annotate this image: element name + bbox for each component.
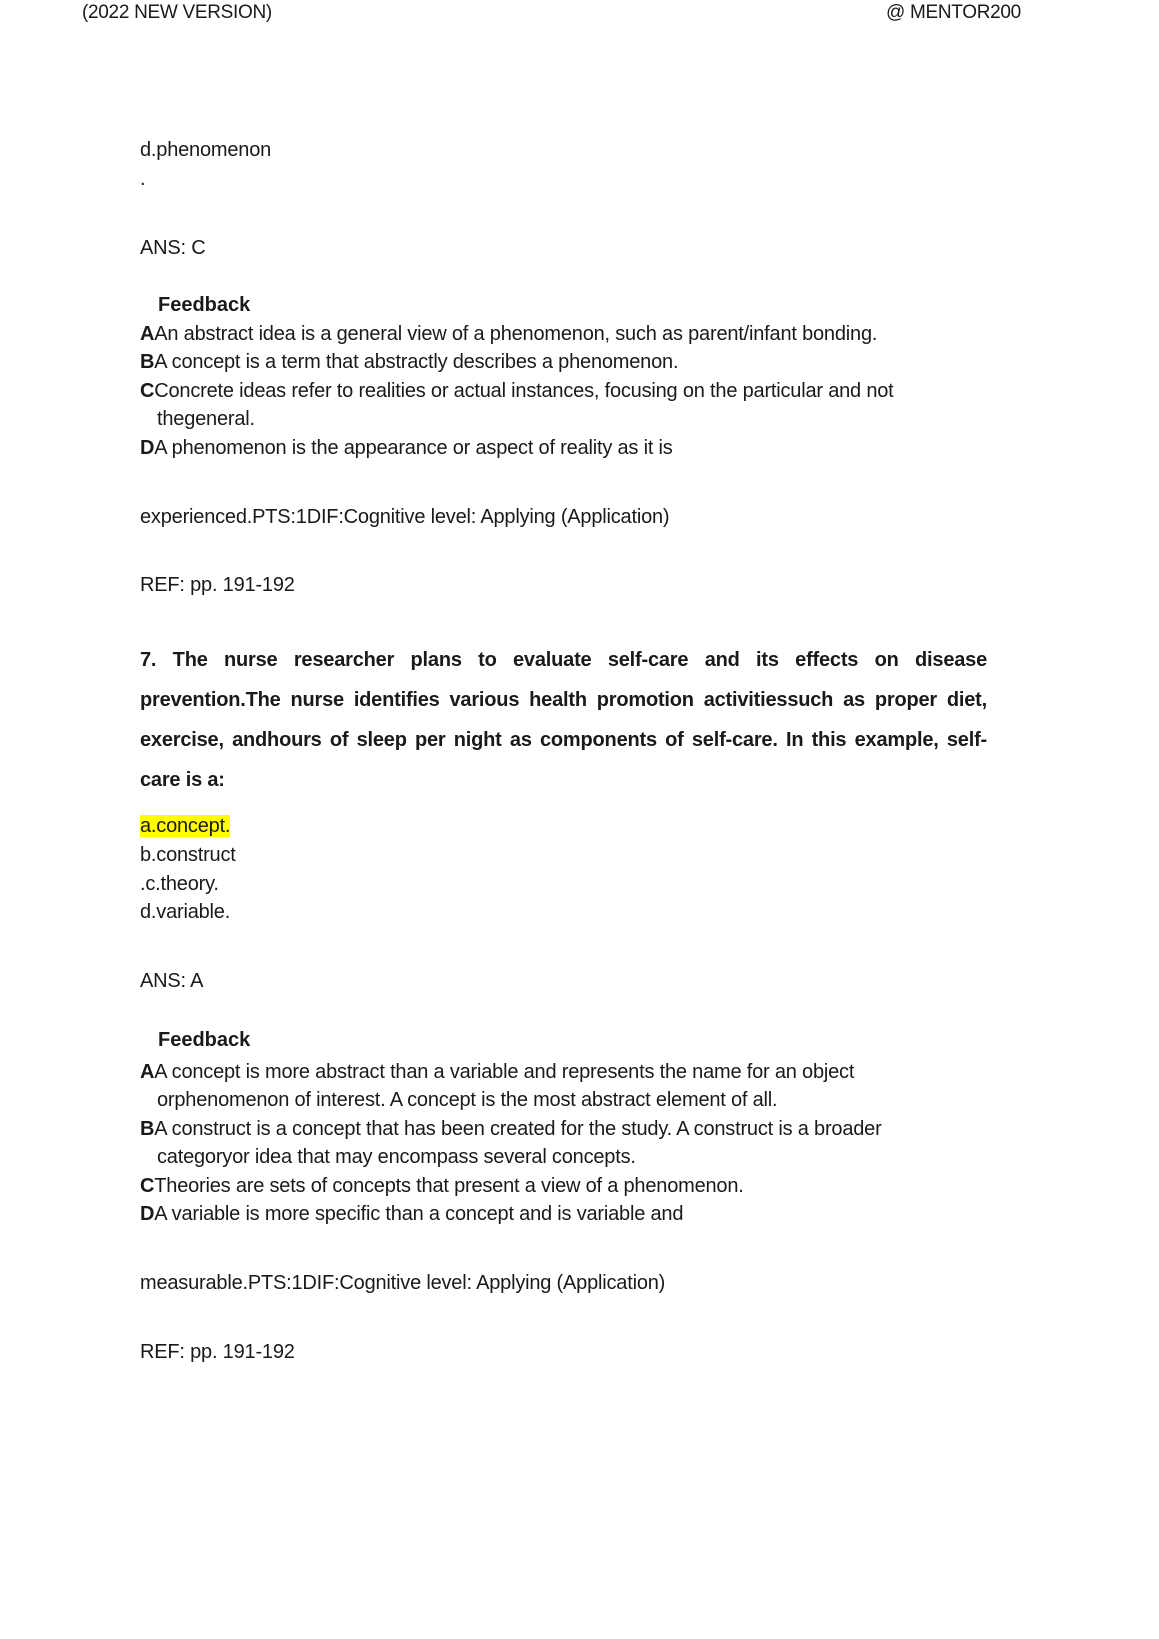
stray-dot: .	[140, 168, 145, 191]
feedback-d: DA phenomenon is the appearance or aspec…	[140, 437, 673, 460]
feedback-text: An abstract idea is a general view of a …	[154, 323, 877, 345]
highlighted-option-text: a.concept.	[140, 815, 230, 837]
feedback-text: A phenomenon is the appearance or aspect…	[154, 437, 672, 459]
feedback-b-cont: categoryor idea that may encompass sever…	[140, 1146, 636, 1169]
feedback-b: BA construct is a concept that has been …	[140, 1118, 882, 1141]
option-b: b.construct	[140, 844, 236, 867]
reference: REF: pp. 191-192	[140, 1341, 295, 1364]
header-left: (2022 NEW VERSION)	[82, 2, 272, 24]
option-a: a.concept.	[140, 815, 230, 838]
feedback-letter: C	[140, 380, 154, 402]
feedback-a-cont: orphenomenon of interest. A concept is t…	[140, 1089, 777, 1112]
feedback-text: A variable is more specific than a conce…	[154, 1203, 683, 1225]
feedback-text: Concrete ideas refer to realities or act…	[154, 380, 893, 402]
option-d: d.variable.	[140, 901, 230, 924]
feedback-letter: A	[140, 323, 154, 345]
question-stem: 7. The nurse researcher plans to evaluat…	[140, 640, 987, 800]
answer: ANS: C	[140, 237, 205, 260]
feedback-letter: C	[140, 1175, 154, 1197]
feedback-text: A construct is a concept that has been c…	[154, 1118, 881, 1140]
reference: REF: pp. 191-192	[140, 574, 295, 597]
question-text: The nurse researcher plans to evaluate s…	[140, 649, 987, 791]
feedback-letter: D	[140, 437, 154, 459]
option-d: d.phenomenon	[140, 139, 271, 162]
question-number: 7.	[140, 649, 156, 671]
feedback-text: Theories are sets of concepts that prese…	[154, 1175, 743, 1197]
answer: ANS: A	[140, 970, 203, 993]
feedback-letter: B	[140, 351, 154, 373]
feedback-label: Feedback	[158, 294, 250, 317]
feedback-b: BA concept is a term that abstractly des…	[140, 351, 678, 374]
feedback-letter: B	[140, 1118, 154, 1140]
feedback-a: AAn abstract idea is a general view of a…	[140, 323, 877, 346]
feedback-letter: D	[140, 1203, 154, 1225]
feedback-letter: A	[140, 1061, 154, 1083]
feedback-d: DA variable is more specific than a conc…	[140, 1203, 683, 1226]
meta-line: measurable.PTS:1DIF:Cognitive level: App…	[140, 1272, 665, 1295]
feedback-text: A concept is more abstract than a variab…	[154, 1061, 854, 1083]
meta-line: experienced.PTS:1DIF:Cognitive level: Ap…	[140, 506, 669, 529]
feedback-c: CConcrete ideas refer to realities or ac…	[140, 380, 894, 403]
feedback-c-cont: thegeneral.	[140, 408, 255, 431]
header-right: @ MENTOR200	[886, 2, 1021, 24]
feedback-c: CTheories are sets of concepts that pres…	[140, 1175, 744, 1198]
feedback-label: Feedback	[158, 1029, 250, 1052]
option-c: .c.theory.	[140, 873, 219, 896]
feedback-a: AA concept is more abstract than a varia…	[140, 1061, 854, 1084]
feedback-text: A concept is a term that abstractly desc…	[154, 351, 678, 373]
